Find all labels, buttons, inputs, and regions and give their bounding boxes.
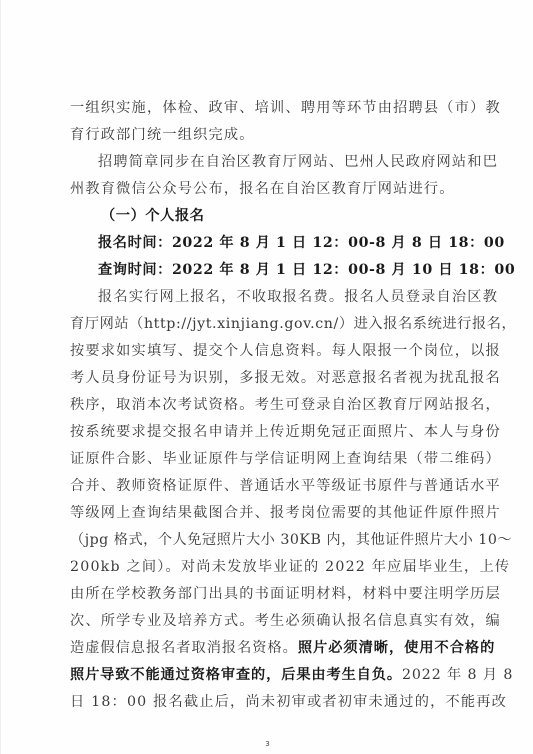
section-heading: （一）个人报名	[101, 203, 489, 230]
document-page: 一组织实施，体检、政审、培训、聘用等环节由招聘县（市）教 育行政部门统一组织完成…	[0, 0, 533, 754]
query-time: 查询时间：2022 年 8 月 1 日 12：00-8 月 10 日 18：00	[98, 257, 458, 284]
text-line: 考人员身份证号为识别，多报无效。对恶意报名者视为扰乱报名	[70, 365, 458, 392]
text-line: （jpg 格式，个人免冠照片大小 30KB 内，其他证件照片大小 10～	[70, 527, 458, 554]
text-line: 报名实行网上报名，不收取报名费。报名人员登录自治区教	[98, 284, 458, 311]
text-line-mixed: 造虚假信息报名者取消报名资格。照片必须清晰，使用不合格的	[70, 635, 458, 662]
text-bold-warning: 照片必须清晰，使用不合格的	[298, 640, 495, 656]
text-line: 日 18：00 报名截止后，尚未初审或者初审未通过的，不能再改	[70, 689, 458, 716]
text-line: 证原件合影、毕业证原件与学信证明网上查询结果（带二维码）	[70, 446, 458, 473]
text-line: 一组织实施，体检、政审、培训、聘用等环节由招聘县（市）教	[70, 95, 458, 122]
text-line-mixed: 照片导致不能通过资格审查的，后果由考生自负。2022 年 8 月 8	[70, 662, 458, 689]
text-line: 秩序，取消本次考试资格。考生可登录自治区教育厅网站报名，	[70, 392, 458, 419]
text-line-url: 育厅网站（http://jyt.xinjiang.gov.cn/）进入报名系统进…	[70, 311, 458, 338]
text-line: 按要求如实填写、提交个人信息资料。每人限报一个岗位，以报	[70, 338, 458, 365]
text-line: 州教育微信公众号公布，报名在自治区教育厅网站进行。	[70, 176, 458, 203]
text-line: 招聘简章同步在自治区教育厅网站、巴州人民政府网站和巴	[98, 149, 458, 176]
text-line: 次、所学专业及培养方式。考生必须确认报名信息真实有效，编	[70, 608, 458, 635]
text-bold-warning: 照片导致不能通过资格审查的，后果由考生自负。	[70, 667, 402, 683]
text-line: 合并、教师资格证原件、普通话水平等级证书原件与普通话水平	[70, 473, 458, 500]
text-line: 育行政部门统一组织完成。	[70, 122, 458, 149]
text-line: 200kb 之间）。对尚未发放毕业证的 2022 年应届毕业生，上传	[70, 554, 458, 581]
text-line: 按系统要求提交报名申请并上传近期免冠正面照片、本人与身份	[70, 419, 458, 446]
page-number: 3	[1, 740, 533, 748]
text-line: 等级网上查询结果截图合并、报考岗位需要的其他证件原件照片	[70, 500, 458, 527]
text-plain: 造虚假信息报名者取消报名资格。	[70, 640, 298, 656]
text-line: 由所在学校教务部门出具的书面证明材料，材料中要注明学历层	[70, 581, 458, 608]
text-plain: 2022 年 8 月 8	[402, 667, 513, 683]
registration-time: 报名时间：2022 年 8 月 1 日 12：00-8 月 8 日 18：00	[98, 230, 458, 257]
